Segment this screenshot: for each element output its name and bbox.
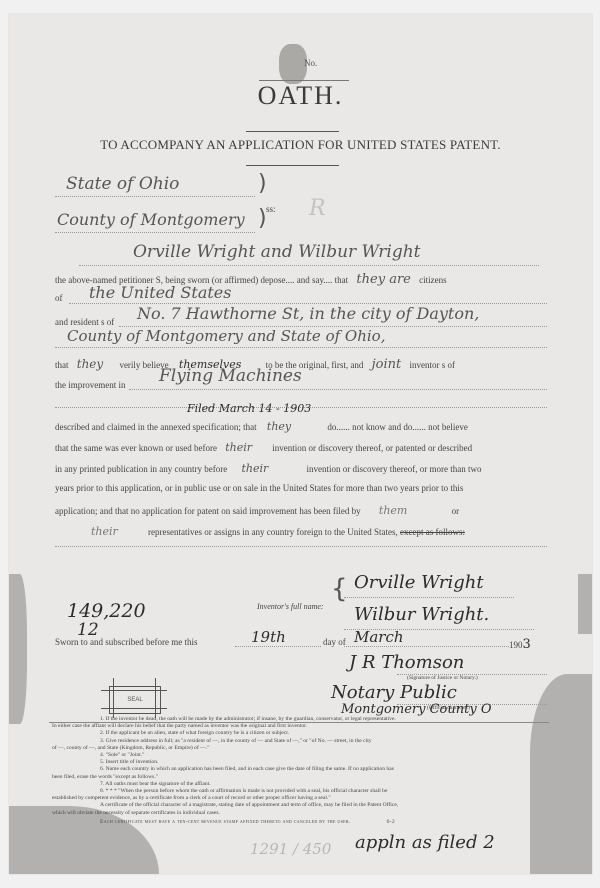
nationality-fill: the United States	[89, 283, 231, 302]
venue-county-line	[55, 232, 255, 233]
page-subtitle: TO ACCOMPANY AN APPLICATION FOR UNITED S…	[9, 137, 592, 153]
oath-text-segment: invention or discovery thereof, or paten…	[272, 443, 472, 453]
residence-fill: No. 7 Hawthorne St, in the city of Dayto…	[137, 304, 479, 323]
bracket: )	[258, 171, 267, 196]
oath-text-line-13: their representatives or assigns in any …	[55, 525, 465, 538]
instructions: 1. If the inventor be dead, the oath wil…	[52, 716, 572, 826]
oath-text-segment: that	[55, 360, 69, 370]
seal-frame	[101, 708, 167, 709]
oath-text-segment: that the same was ever known or used bef…	[55, 443, 217, 453]
day-of-label: day of	[323, 637, 346, 647]
margin-mark: R	[309, 196, 326, 221]
year-suffix: 3	[523, 637, 531, 652]
county-note: Montgomery County O	[341, 702, 491, 717]
petitioners-line	[79, 265, 539, 266]
inventor-label: Inventor's full name:	[257, 602, 324, 611]
venue-state-line	[55, 196, 255, 197]
application-note: appln as filed 2	[355, 832, 495, 853]
form-number: No.	[304, 58, 317, 68]
sworn-year: 1903	[509, 637, 531, 652]
inventor-signature-2: Wilbur Wright.	[354, 604, 489, 625]
year-prefix: 190	[509, 640, 523, 650]
title-rule	[246, 131, 339, 132]
filer-fill: them	[379, 504, 407, 517]
pencil-number: 1291 / 450	[250, 840, 331, 858]
instruction-item: 7. All oaths must bear the signature of …	[52, 781, 572, 788]
official-character: Notary Public	[331, 682, 457, 703]
citizenship-fill: they are	[356, 272, 410, 287]
residence-line-2	[55, 347, 547, 348]
oath-text-segment: or	[452, 506, 460, 516]
instruction-item: 4. "Sole" or "Joint."	[52, 752, 572, 759]
instruction-item: which will obviate the necessity of sepa…	[52, 810, 572, 817]
foreign-filings-line	[55, 546, 547, 547]
seal-frame	[113, 678, 114, 718]
notary-label: (Signature of Justice or Notary.)	[407, 675, 478, 681]
possessive-fill: their	[91, 525, 118, 538]
inventor-signature-1: Orville Wright	[354, 572, 484, 593]
oath-text-line-10: in any printed publication in any countr…	[55, 462, 481, 475]
oath-text-segment: representatives or assigns in any countr…	[148, 527, 398, 537]
instruction-item: established by competent evidence, as by…	[52, 795, 572, 802]
sworn-month: March	[354, 628, 404, 646]
oath-text-segment: in any printed publication in any countr…	[55, 464, 227, 474]
ink-stain	[279, 44, 307, 84]
instruction-item: 6. Name each country in which an applica…	[52, 766, 572, 773]
instruction-item: 5. Insert title of invention.	[52, 759, 572, 766]
instruction-item: 1. If the inventor be dead, the oath wil…	[52, 716, 572, 723]
petitioners-names: Orville Wright and Wilbur Wright	[133, 242, 421, 262]
venue-state: State of Ohio	[66, 174, 179, 194]
serial-number: 149,220	[67, 600, 146, 622]
stamp-notice: Each certificate must have a ten-cent re…	[100, 819, 351, 825]
oath-text-line-11: years prior to this application, or in p…	[55, 483, 463, 493]
stamp-code: 6-2	[387, 819, 395, 825]
sworn-label: Sworn to and subscribed before me this	[55, 637, 197, 647]
notary-signature: J R Thomson	[349, 652, 464, 673]
oath-text-improvement: the improvement in	[55, 380, 125, 390]
page-title: OATH.	[9, 81, 592, 111]
oath-text-segment: do...... not know and do...... not belie…	[327, 422, 467, 432]
seal-label: SEAL	[127, 697, 142, 703]
pronoun-fill: they	[267, 420, 291, 433]
sole-joint-fill: joint	[372, 357, 402, 372]
possessive-fill: their	[241, 462, 268, 475]
instruction-item: 8. * * * "When the person before whom th…	[52, 788, 572, 795]
oath-text-of: of	[55, 293, 63, 303]
instruction-item: of —, county of —, and State (Kingdom, R…	[52, 745, 572, 752]
day-line	[235, 646, 321, 647]
bracket: )	[258, 206, 267, 231]
oath-text-segment: inventor s of	[410, 360, 456, 370]
oath-text-line-12: application; and that no application for…	[55, 504, 459, 517]
filed-date-note: Filed March 14 - 1903	[187, 402, 311, 415]
signature-line-1	[344, 597, 514, 598]
oath-text-resident: and resident s of	[55, 317, 114, 327]
oath-text-segment: application; and that no application for…	[55, 506, 361, 516]
residence-fill-2: County of Montgomery and State of Ohio,	[67, 327, 385, 345]
sworn-day: 19th	[251, 628, 286, 646]
oath-text-line-9: that the same was ever known or used bef…	[55, 441, 472, 454]
paper-damage-left	[9, 574, 27, 724]
month-line	[344, 646, 509, 647]
instruction-item: been filed, erase the words "except as f…	[52, 774, 572, 781]
invention-title-line	[129, 389, 547, 390]
possessive-fill: their	[225, 441, 252, 454]
oath-text-segment: invention or discovery thereof, or more …	[307, 464, 482, 474]
instruction-item: 3. Give residence address in full; as "a…	[52, 738, 572, 745]
invention-title-fill: Flying Machines	[159, 366, 302, 386]
ss-label: ss:	[266, 204, 276, 214]
instruction-item: A certificate of the official character …	[52, 802, 572, 809]
subtitle-rule	[246, 165, 339, 166]
seal-frame	[101, 690, 167, 691]
stamp-notice-row: Each certificate must have a ten-cent re…	[52, 819, 572, 826]
bracket: {	[331, 574, 348, 604]
oath-text-segment: described and claimed in the annexed spe…	[55, 422, 257, 432]
paper-damage-right-top	[578, 574, 592, 634]
oath-text-segment: citizens	[419, 275, 447, 285]
oath-text-line-8: described and claimed in the annexed spe…	[55, 420, 468, 433]
instruction-item: In either case the affiant will declare …	[52, 723, 572, 730]
struck-text: except as follows:	[400, 527, 465, 537]
seal-frame	[155, 678, 156, 718]
instruction-item: 2. If the applicant be an alien, state o…	[52, 730, 572, 737]
pronoun-fill: they	[77, 357, 103, 371]
venue-county: County of Montgomery	[57, 210, 245, 229]
